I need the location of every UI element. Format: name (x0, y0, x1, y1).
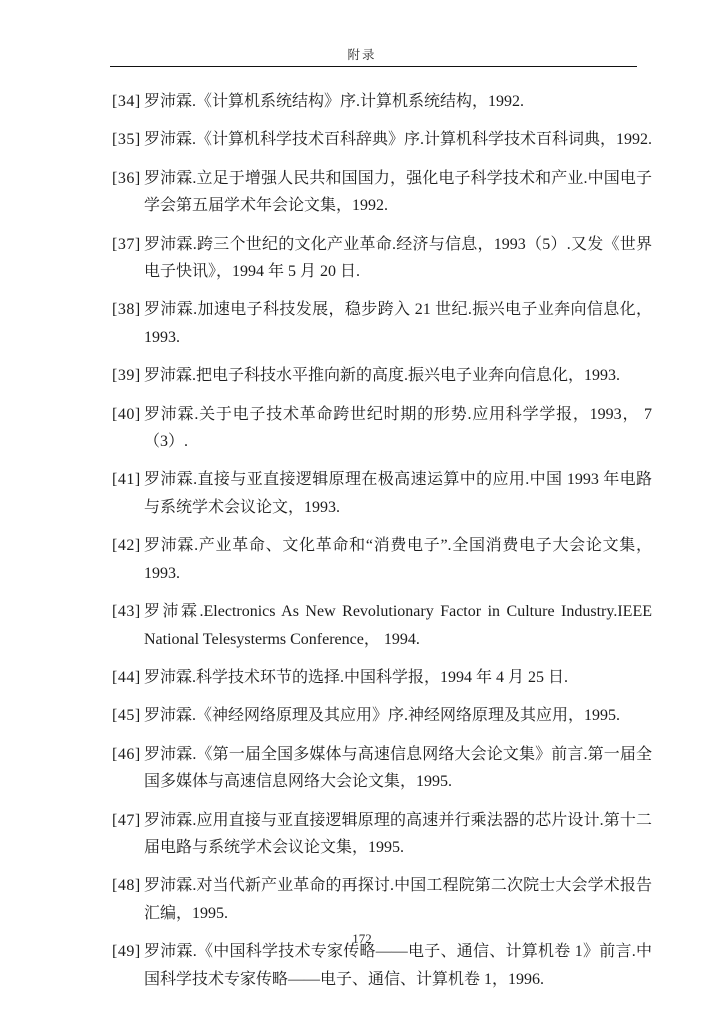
reference-label: [35] (112, 126, 141, 153)
reference-text: 罗沛霖.把电子科技水平推向新的高度.振兴电子业奔向信息化，1993. (144, 362, 652, 389)
reference-label: [47] (112, 807, 141, 834)
reference-label: [44] (112, 664, 141, 691)
reference-text: 罗沛霖.《计算机科学技术百科辞典》序.计算机科学技术百科词典，1992. (144, 126, 652, 153)
reference-text: 罗沛霖.《计算机系统结构》序.计算机系统结构，1992. (144, 88, 652, 115)
reference-text: 罗沛霖.产业革命、文化革命和“消费电子”.全国消费电子大会论文集，1993. (144, 532, 652, 587)
reference-entry: [45]罗沛霖.《神经网络原理及其应用》序.神经网络原理及其应用，1995. (112, 702, 652, 729)
reference-entry: [41]罗沛霖.直接与亚直接逻辑原理在极高速运算中的应用.中国 1993 年电路… (112, 466, 652, 521)
reference-text: 罗沛霖.应用直接与亚直接逻辑原理的高速并行乘法器的芯片设计.第十二届电路与系统学… (144, 807, 652, 862)
reference-entry: [40]罗沛霖.关于电子技术革命跨世纪时期的形势.应用科学学报，1993， 7（… (112, 401, 652, 456)
reference-entry: [39]罗沛霖.把电子科技水平推向新的高度.振兴电子业奔向信息化，1993. (112, 362, 652, 389)
reference-entry: [37]罗沛霖.跨三个世纪的文化产业革命.经济与信息，1993（5）.又发《世界… (112, 231, 652, 286)
reference-label: [48] (112, 872, 141, 899)
reference-text: 罗沛霖.对当代新产业革命的再探讨.中国工程院第二次院士大会学术报告汇编，1995… (144, 872, 652, 927)
reference-label: [43] (112, 598, 141, 625)
reference-label: [42] (112, 532, 141, 559)
reference-text: 罗沛霖.直接与亚直接逻辑原理在极高速运算中的应用.中国 1993 年电路与系统学… (144, 466, 652, 521)
reference-label: [38] (112, 296, 141, 323)
reference-text: 罗沛霖.立足于增强人民共和国国力，强化电子科学技术和产业.中国电子学会第五届学术… (144, 165, 652, 220)
reference-label: [46] (112, 741, 141, 768)
reference-entry: [35]罗沛霖.《计算机科学技术百科辞典》序.计算机科学技术百科词典，1992. (112, 126, 652, 153)
reference-entry: [38]罗沛霖.加速电子科技发展，稳步跨入 21 世纪.振兴电子业奔向信息化，1… (112, 296, 652, 351)
reference-text: 罗沛霖.关于电子技术革命跨世纪时期的形势.应用科学学报，1993， 7（3）. (144, 401, 652, 456)
reference-label: [34] (112, 88, 141, 115)
reference-entry: [44]罗沛霖.科学技术环节的选择.中国科学报，1994 年 4 月 25 日. (112, 664, 652, 691)
document-page: 附录 [34]罗沛霖.《计算机系统结构》序.计算机系统结构，1992.[35]罗… (0, 0, 724, 1023)
reference-entry: [36]罗沛霖.立足于增强人民共和国国力，强化电子科学技术和产业.中国电子学会第… (112, 165, 652, 220)
reference-text: 罗沛霖.跨三个世纪的文化产业革命.经济与信息，1993（5）.又发《世界电子快讯… (144, 231, 652, 286)
reference-label: [40] (112, 401, 141, 428)
reference-label: [37] (112, 231, 141, 258)
reference-label: [45] (112, 702, 141, 729)
reference-label: [39] (112, 362, 141, 389)
header-rule (110, 66, 637, 67)
reference-text: 罗沛霖.《神经网络原理及其应用》序.神经网络原理及其应用，1995. (144, 702, 652, 729)
reference-entry: [46]罗沛霖.《第一届全国多媒体与高速信息网络大会论文集》前言.第一届全国多媒… (112, 741, 652, 796)
page-header-title: 附录 (0, 45, 724, 63)
reference-entry: [34]罗沛霖.《计算机系统结构》序.计算机系统结构，1992. (112, 88, 652, 115)
reference-entry: [42]罗沛霖.产业革命、文化革命和“消费电子”.全国消费电子大会论文集，199… (112, 532, 652, 587)
references-list: [34]罗沛霖.《计算机系统结构》序.计算机系统结构，1992.[35]罗沛霖.… (112, 88, 652, 1004)
page-number: 172 (0, 931, 724, 947)
reference-entry: [48]罗沛霖.对当代新产业革命的再探讨.中国工程院第二次院士大会学术报告汇编，… (112, 872, 652, 927)
reference-label: [36] (112, 165, 141, 192)
reference-entry: [47]罗沛霖.应用直接与亚直接逻辑原理的高速并行乘法器的芯片设计.第十二届电路… (112, 807, 652, 862)
reference-text: 罗沛霖.加速电子科技发展，稳步跨入 21 世纪.振兴电子业奔向信息化，1993. (144, 296, 652, 351)
reference-entry: [43]罗沛霖.Electronics As New Revolutionary… (112, 598, 652, 653)
reference-label: [41] (112, 466, 141, 493)
reference-text: 罗沛霖.《第一届全国多媒体与高速信息网络大会论文集》前言.第一届全国多媒体与高速… (144, 741, 652, 796)
reference-text: 罗沛霖.Electronics As New Revolutionary Fac… (144, 598, 652, 653)
reference-text: 罗沛霖.科学技术环节的选择.中国科学报，1994 年 4 月 25 日. (144, 664, 652, 691)
